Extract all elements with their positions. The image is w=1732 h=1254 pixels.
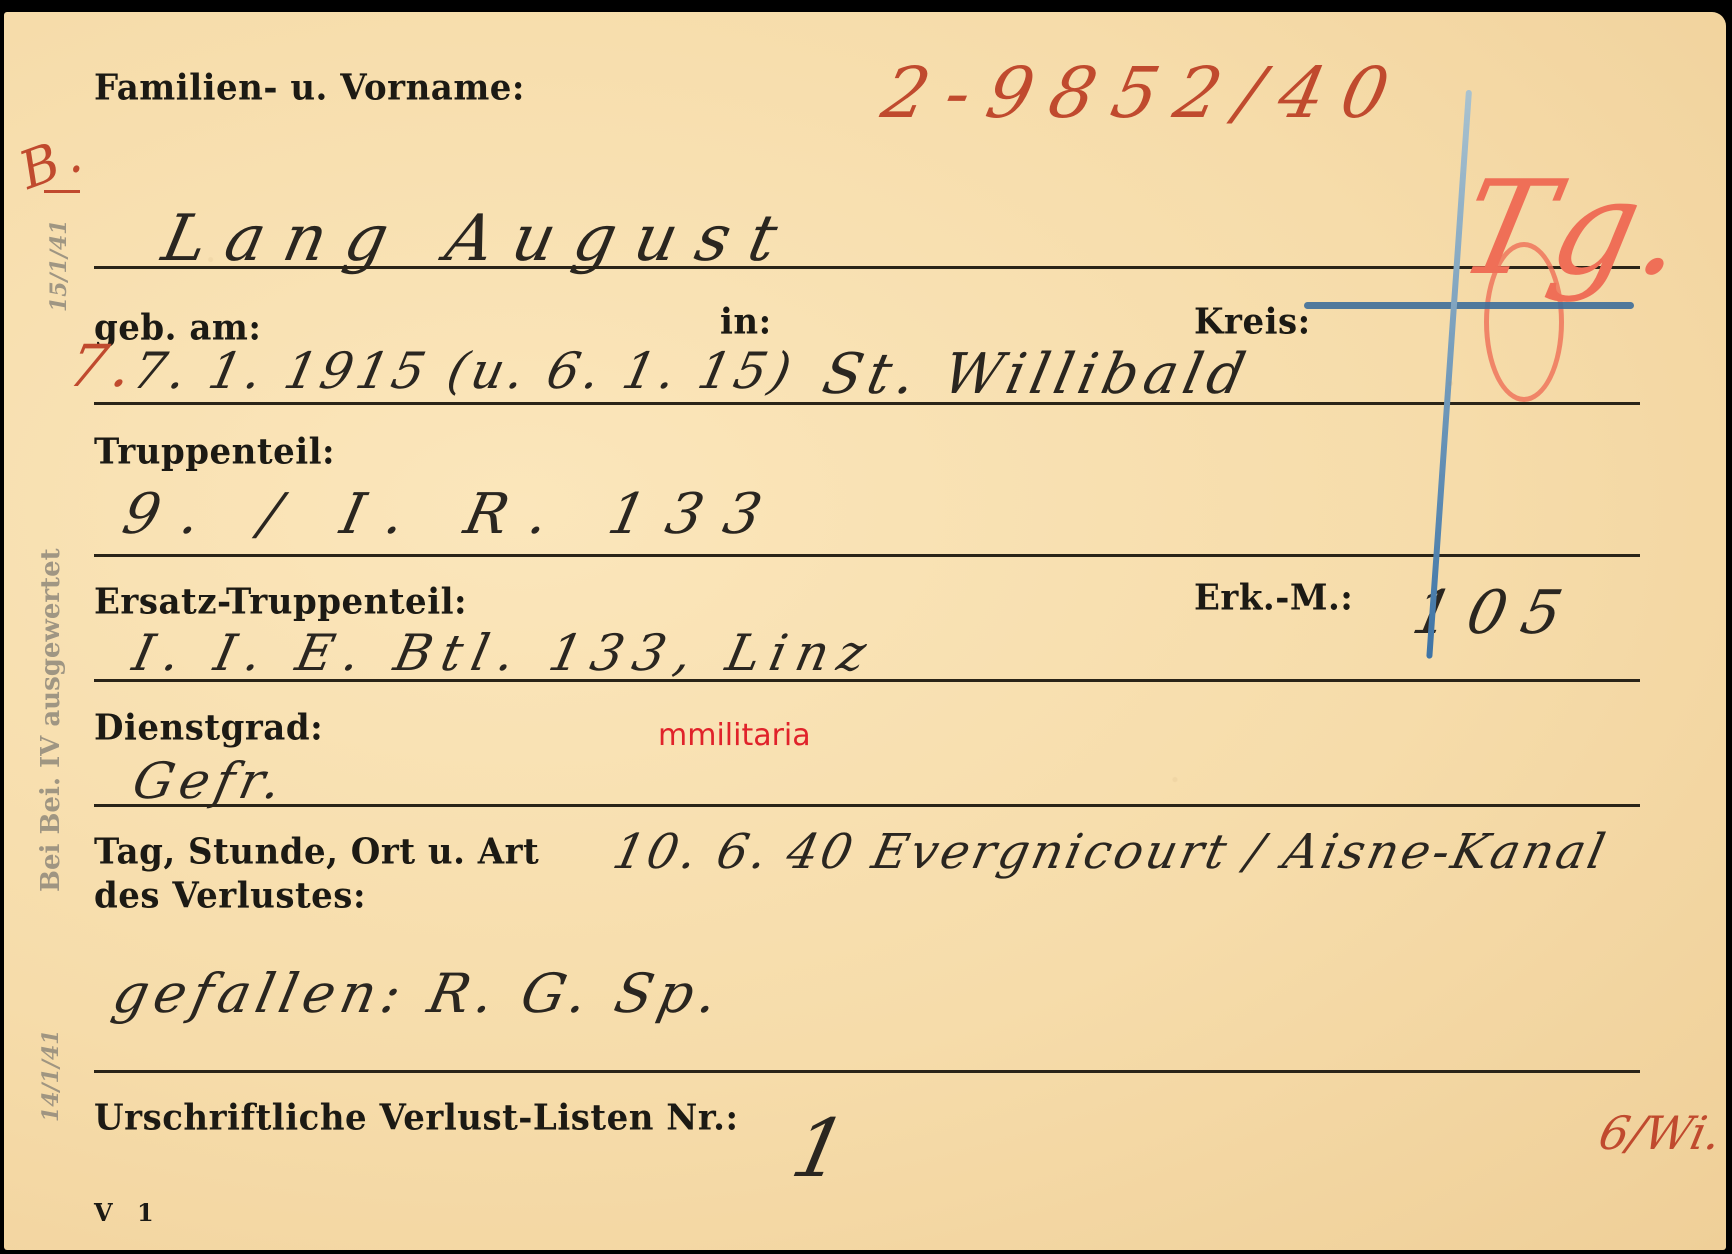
rank-label: Dienstgrad:: [94, 707, 323, 749]
margin-stamp-date-2: 14/1/41: [38, 1029, 64, 1122]
watermark: mmilitaria: [658, 718, 811, 753]
birth-place-value: St. Willibald: [817, 342, 1257, 407]
id-tag-label: Erk.-M.:: [1194, 577, 1353, 619]
loss-details-value-2: gefallen: R. G. Sp.: [107, 962, 729, 1025]
loss-details-line: [94, 1070, 1640, 1073]
birth-date-value: 7. 1. 1915 (u. 6. 1. 15): [128, 342, 801, 400]
red-pencil-mark: Tg.: [1448, 152, 1704, 304]
district-label: Kreis:: [1194, 301, 1311, 343]
casualty-index-card: 2-9852/40 Familien- u. Vorname: Lang Aug…: [4, 12, 1726, 1250]
replacement-unit-value: I. I. E. Btl. 133, Linz: [128, 624, 881, 682]
loss-details-label-2: des Verlustes:: [94, 875, 366, 917]
red-pencil-loop: [1484, 242, 1564, 402]
margin-stamp-evaluated: Bei Bei. IV ausgewertet: [36, 548, 66, 892]
loss-list-label: Urschriftliche Verlust-Listen Nr.:: [94, 1097, 739, 1139]
name-label: Familien- u. Vorname:: [94, 67, 525, 109]
birth-line: [94, 402, 1640, 405]
margin-red-dash: [44, 190, 80, 193]
unit-value: 9. / I. R. 133: [117, 482, 789, 547]
rank-value: Gefr.: [128, 752, 293, 810]
blue-pencil-strike-kreis: [1304, 302, 1634, 309]
form-code: V 1: [94, 1198, 162, 1227]
initials-bottom-right: 6/Wi.: [1594, 1106, 1726, 1160]
replacement-unit-label: Ersatz-Truppenteil:: [94, 581, 467, 623]
loss-list-value: 1: [784, 1102, 861, 1195]
birth-place-label: in:: [720, 301, 772, 343]
unit-line: [94, 554, 1640, 557]
loss-details-label-1: Tag, Stunde, Ort u. Art: [94, 831, 539, 873]
replacement-unit-line: [94, 679, 1640, 682]
name-value: Lang August: [156, 202, 803, 276]
rank-line: [94, 804, 1640, 807]
name-line: [94, 266, 1640, 269]
reference-number: 2-9852/40: [875, 52, 1413, 134]
blue-pencil-vertical-line: [1426, 90, 1472, 659]
unit-label: Truppenteil:: [94, 431, 335, 473]
loss-details-value-1: 10. 6. 40 Evergnicourt / Aisne-Kanal: [608, 824, 1613, 880]
margin-stamp-date: 15/1/41: [46, 219, 72, 312]
